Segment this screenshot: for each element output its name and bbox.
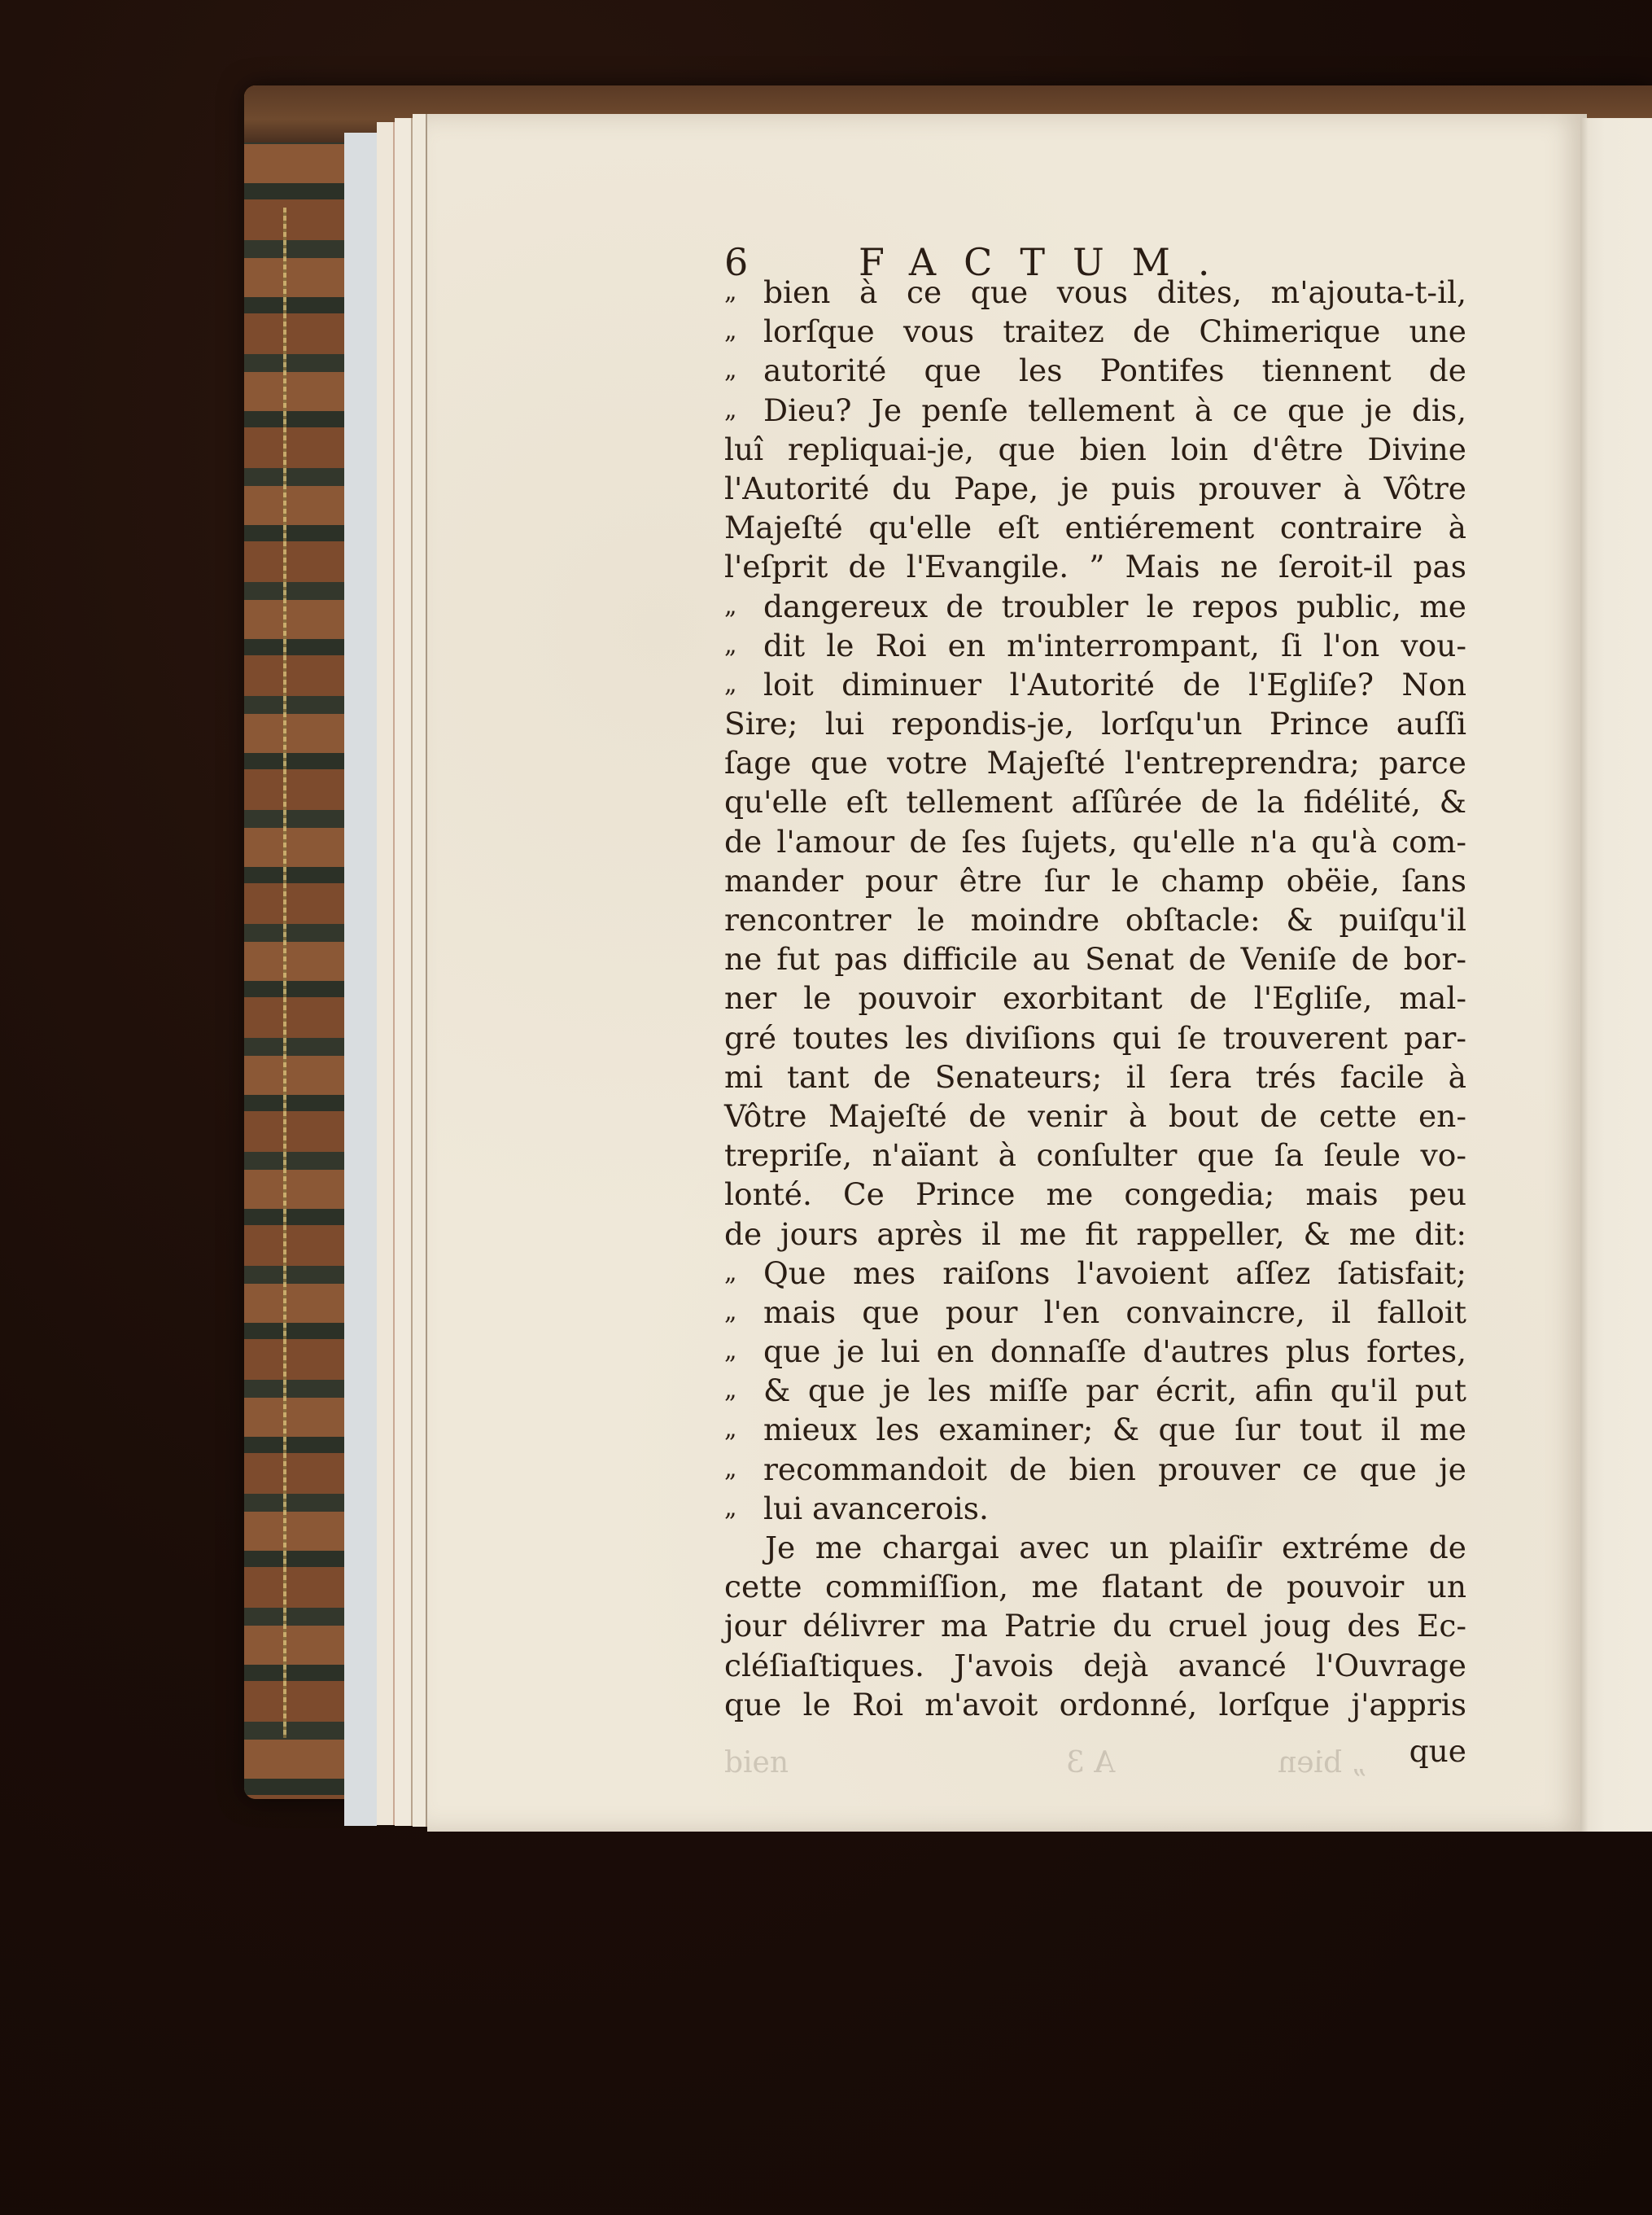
text-line: l'Autorité du Pape, je puis prouver à Vô… [724, 469, 1466, 508]
text-line: qu'elle eſt tellement aſſûrée de la fidé… [724, 782, 1466, 821]
quote-mark: „ [724, 587, 763, 626]
line-text: lorſque vous traitez de Chimerique une [763, 312, 1466, 351]
text-line: „bien à ce que vous dites, m'ajouta-t-il… [724, 273, 1466, 312]
quote-mark: „ [724, 351, 763, 390]
page-edge [344, 133, 377, 1826]
line-text: dangereux de troubler le repos public, m… [763, 587, 1466, 626]
line-text: de jours après il me fit rappeller, & me… [724, 1215, 1466, 1254]
line-text: jour délivrer ma Patrie du cruel joug de… [724, 1606, 1466, 1645]
text-line: jour délivrer ma Patrie du cruel joug de… [724, 1606, 1466, 1645]
show-through-text: bien A 3 „ bien [724, 1746, 1457, 1787]
quote-mark: „ [724, 1371, 763, 1410]
line-text: Je me chargai avec un plaiſir extréme de [724, 1528, 1466, 1567]
text-line: „dangereux de troubler le repos public, … [724, 587, 1466, 626]
quote-mark: „ [724, 391, 763, 430]
text-line: „recommandoit de bien prouver ce que je [724, 1450, 1466, 1489]
quote-mark: „ [724, 1293, 763, 1332]
page-edge [377, 122, 395, 1825]
line-text: ne fut pas difficile au Senat de Veniſe … [724, 939, 1466, 978]
line-text: Dieu? Je penſe tellement à ce que je dis… [763, 391, 1466, 430]
line-text: mander pour être ſur le champ obëie, ſan… [724, 861, 1466, 900]
line-text: l'eſprit de l'Evangile. ” Mais ne ſeroit… [724, 547, 1466, 586]
text-line: „autorité que les Pontifes tiennent de [724, 351, 1466, 390]
show-through-word: „ bien [1278, 1746, 1366, 1779]
line-text: Majeſté qu'elle eſt entiérement contrair… [724, 508, 1466, 547]
text-line: gré toutes les diviſions qui ſe trouvere… [724, 1018, 1466, 1057]
text-line: „lui avancerois. [724, 1489, 1466, 1528]
quote-mark: „ [724, 1254, 763, 1293]
quote-mark: „ [724, 665, 763, 704]
facing-page-gutter [1580, 118, 1652, 1832]
text-line: Vôtre Majeſté de venir à bout de cette e… [724, 1097, 1466, 1136]
line-text: ner le pouvoir exorbitant de l'Egliſe, m… [724, 978, 1466, 1018]
text-line: „Que mes raiſons l'avoient aſſez ſatisfa… [724, 1254, 1466, 1293]
line-text: lui avancerois. [763, 1489, 1466, 1528]
line-text: recommandoit de bien prouver ce que je [763, 1450, 1466, 1489]
quote-mark: „ [724, 1489, 763, 1528]
line-text: autorité que les Pontifes tiennent de [763, 351, 1466, 390]
text-line: trepriſe, n'aïant à conſulter que ſa ſeu… [724, 1136, 1466, 1175]
quote-mark: „ [724, 1332, 763, 1371]
line-text: qu'elle eſt tellement aſſûrée de la fidé… [724, 782, 1466, 821]
text-line: „& que je les miſſe par écrit, afin qu'i… [724, 1371, 1466, 1410]
text-line: Majeſté qu'elle eſt entiérement contrair… [724, 508, 1466, 547]
quote-mark: „ [724, 1450, 763, 1489]
text-line: ne fut pas difficile au Senat de Veniſe … [724, 939, 1466, 978]
line-text: gré toutes les diviſions qui ſe trouvere… [724, 1018, 1466, 1057]
line-text: mi tant de Senateurs; il ſera trés facil… [724, 1057, 1466, 1097]
body-text: „bien à ce que vous dites, m'ajouta-t-il… [724, 273, 1466, 1724]
text-line: l'eſprit de l'Evangile. ” Mais ne ſeroit… [724, 547, 1466, 586]
text-line: „que je lui en donnaſſe d'autres plus fo… [724, 1332, 1466, 1371]
text-line: ner le pouvoir exorbitant de l'Egliſe, m… [724, 978, 1466, 1018]
line-text: rencontrer le moindre obſtacle: & puiſqu… [724, 900, 1466, 939]
line-text: cette commiſſion, me flatant de pouvoir … [724, 1567, 1466, 1606]
line-text: cléſiaſtiques. J'avois dejà avancé l'Ouv… [724, 1646, 1466, 1685]
line-text: que le Roi m'avoit ordonné, lorſque j'ap… [724, 1685, 1466, 1724]
text-line: „mais que pour l'en convaincre, il fallo… [724, 1293, 1466, 1332]
quote-mark: „ [724, 626, 763, 665]
text-line: Sire; lui repondis-je, lorſqu'un Prince … [724, 704, 1466, 743]
text-line: „mieux les examiner; & que ſur tout il m… [724, 1410, 1466, 1449]
quote-mark: „ [724, 312, 763, 351]
text-line: de l'amour de ſes ſujets, qu'elle n'a qu… [724, 822, 1466, 861]
line-text: & que je les miſſe par écrit, afin qu'il… [763, 1371, 1466, 1410]
text-line: ſage que votre Majeſté l'entreprendra; p… [724, 743, 1466, 782]
text-line: „Dieu? Je penſe tellement à ce que je di… [724, 391, 1466, 430]
line-text: luî repliquai-je, que bien loin d'être D… [724, 430, 1466, 469]
line-text: mieux les examiner; & que ſur tout il me [763, 1410, 1466, 1449]
text-line: mi tant de Senateurs; il ſera trés facil… [724, 1057, 1466, 1097]
show-through-word: bien [724, 1746, 789, 1779]
quote-mark: „ [724, 1410, 763, 1449]
page-edge [413, 114, 427, 1827]
text-line: „loit diminuer l'Autorité de l'Egliſe? N… [724, 665, 1466, 704]
page-edge [395, 118, 413, 1826]
show-through-signature: A 3 [1066, 1746, 1115, 1779]
gilt-tooling [283, 208, 286, 1738]
text-line: cléſiaſtiques. J'avois dejà avancé l'Ouv… [724, 1646, 1466, 1685]
text-line: lonté. Ce Prince me congedia; mais peu [724, 1175, 1466, 1214]
line-text: mais que pour l'en convaincre, il falloi… [763, 1293, 1466, 1332]
text-line: luî repliquai-je, que bien loin d'être D… [724, 430, 1466, 469]
line-text: dit le Roi en m'interrompant, ſi l'on vo… [763, 626, 1466, 665]
line-text: bien à ce que vous dites, m'ajouta-t-il, [763, 273, 1466, 312]
text-line: de jours après il me fit rappeller, & me… [724, 1215, 1466, 1254]
text-line: „lorſque vous traitez de Chimerique une [724, 312, 1466, 351]
line-text: l'Autorité du Pape, je puis prouver à Vô… [724, 469, 1466, 508]
text-line: mander pour être ſur le champ obëie, ſan… [724, 861, 1466, 900]
line-text: loit diminuer l'Autorité de l'Egliſe? No… [763, 665, 1466, 704]
line-text: Sire; lui repondis-je, lorſqu'un Prince … [724, 704, 1466, 743]
line-text: ſage que votre Majeſté l'entreprendra; p… [724, 743, 1466, 782]
line-text: Que mes raiſons l'avoient aſſez ſatisfai… [763, 1254, 1466, 1293]
line-text: lonté. Ce Prince me congedia; mais peu [724, 1175, 1466, 1214]
quote-mark: „ [724, 273, 763, 312]
book-cover-spine-edge [244, 85, 358, 1799]
text-line: Je me chargai avec un plaiſir extréme de [724, 1528, 1466, 1567]
line-text: Vôtre Majeſté de venir à bout de cette e… [724, 1097, 1466, 1136]
text-line: „dit le Roi en m'interrompant, ſi l'on v… [724, 626, 1466, 665]
text-line: rencontrer le moindre obſtacle: & puiſqu… [724, 900, 1466, 939]
text-line: que le Roi m'avoit ordonné, lorſque j'ap… [724, 1685, 1466, 1724]
line-text: que je lui en donnaſſe d'autres plus for… [763, 1332, 1466, 1371]
line-text: trepriſe, n'aïant à conſulter que ſa ſeu… [724, 1136, 1466, 1175]
text-line: cette commiſſion, me flatant de pouvoir … [724, 1567, 1466, 1606]
line-text: de l'amour de ſes ſujets, qu'elle n'a qu… [724, 822, 1466, 861]
